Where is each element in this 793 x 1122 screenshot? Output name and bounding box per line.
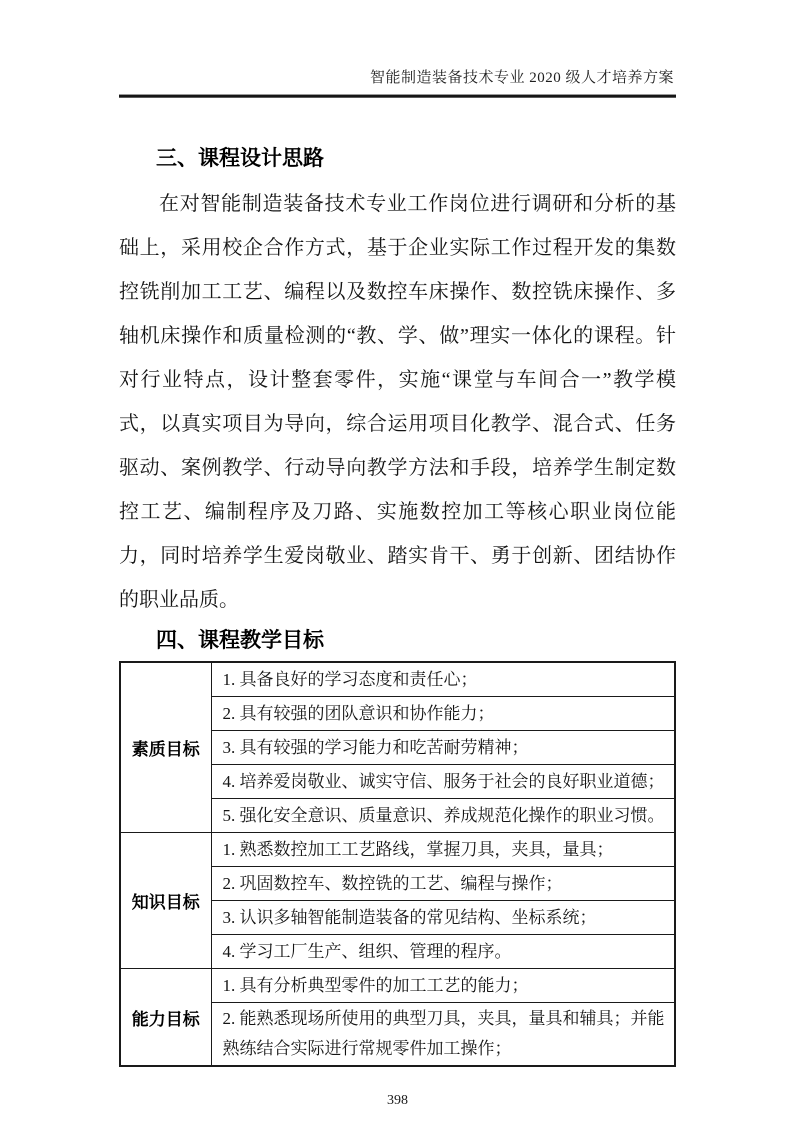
section-heading-teaching-objectives: 四、课程教学目标 — [119, 628, 676, 654]
objective-group-label: 知识目标 — [120, 833, 211, 969]
table-row: 知识目标1. 熟悉数控加工工艺路线，掌握刀具，夹具，量具； — [120, 833, 675, 867]
objective-item: 2. 具有较强的团队意识和协作能力； — [211, 697, 675, 731]
page-number: 398 — [119, 1093, 676, 1109]
objective-item: 4. 培养爱岗敬业、诚实守信、服务于社会的良好职业道德； — [211, 765, 675, 799]
section-heading-course-design: 三、课程设计思路 — [119, 146, 676, 172]
table-row: 素质目标1. 具备良好的学习态度和责任心； — [120, 662, 675, 697]
objectives-table: 素质目标1. 具备良好的学习态度和责任心；2. 具有较强的团队意识和协作能力；3… — [119, 661, 676, 1067]
document-page: 智能制造装备技术专业 2020 级人才培养方案 三、课程设计思路 在对智能制造装… — [0, 0, 793, 1122]
objective-item: 5. 强化安全意识、质量意识、养成规范化操作的职业习惯。 — [211, 799, 675, 833]
header-rule — [119, 94, 676, 98]
objective-item: 4. 学习工厂生产、组织、管理的程序。 — [211, 935, 675, 969]
objectives-table-body: 素质目标1. 具备良好的学习态度和责任心；2. 具有较强的团队意识和协作能力；3… — [120, 662, 675, 1066]
objective-item: 2. 能熟悉现场所使用的典型刀具，夹具，量具和辅具；并能熟练结合实际进行常规零件… — [211, 1003, 675, 1067]
running-header: 智能制造装备技术专业 2020 级人才培养方案 — [119, 0, 676, 87]
page-content: 智能制造装备技术专业 2020 级人才培养方案 三、课程设计思路 在对智能制造装… — [119, 0, 676, 1109]
objective-group-label: 素质目标 — [120, 662, 211, 833]
objective-item: 1. 具备良好的学习态度和责任心； — [211, 662, 675, 697]
objective-item: 3. 认识多轴智能制造装备的常见结构、坐标系统； — [211, 901, 675, 935]
objective-item: 2. 巩固数控车、数控铣的工艺、编程与操作； — [211, 867, 675, 901]
objective-item: 3. 具有较强的学习能力和吃苦耐劳精神； — [211, 731, 675, 765]
table-row: 能力目标1. 具有分析典型零件的加工工艺的能力； — [120, 969, 675, 1003]
objective-item: 1. 具有分析典型零件的加工工艺的能力； — [211, 969, 675, 1003]
objective-item: 1. 熟悉数控加工工艺路线，掌握刀具，夹具，量具； — [211, 833, 675, 867]
objective-group-label: 能力目标 — [120, 969, 211, 1067]
course-design-paragraph: 在对智能制造装备技术专业工作岗位进行调研和分析的基础上，采用校企合作方式，基于企… — [119, 182, 676, 622]
